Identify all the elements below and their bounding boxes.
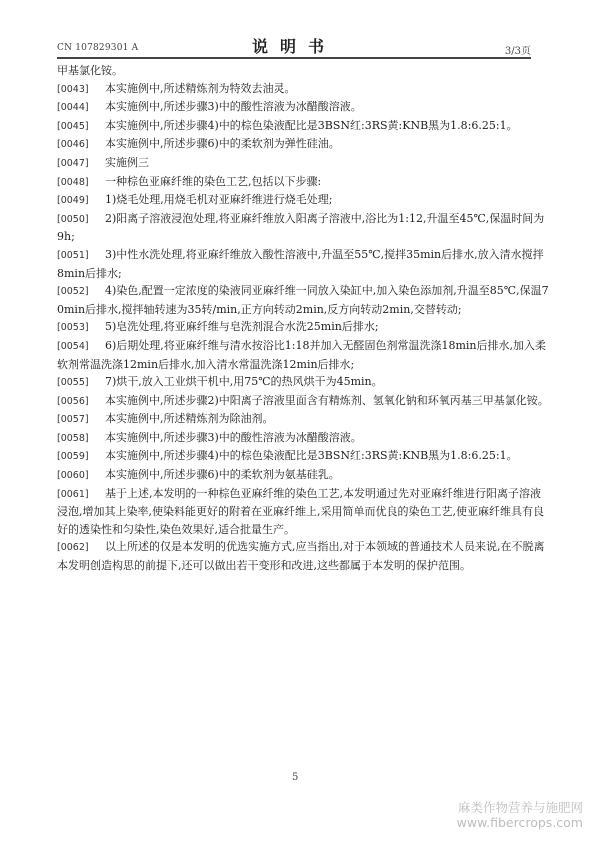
paragraph: [0046]本实施例中,所述步骤6)中的柔软剂为弹性硅油。 [57,135,549,154]
paragraph: [0061]基于上述,本发明的一种棕色亚麻纤维的染色工艺,本发明通过先对亚麻纤维… [57,485,549,539]
paragraph-text: 2)阳离子溶液浸泡处理,将亚麻纤维放入阳离子溶液中,浴比为1:12,升温至45℃… [57,212,544,244]
page-indicator: 3/3页 [505,42,531,57]
paragraph-text: 本实施例中,所述步骤4)中的棕色染液配比是3BSN红:3RS黄:KNB黑为1.8… [105,449,518,462]
header-rule [57,57,531,59]
paragraph-text: 本实施例中,所述步骤2)中阳离子溶液里面含有精炼剂、氢氧化钠和环氧丙基三甲基氯化… [105,394,549,407]
watermark-line1: 麻类作物营养与施肥网 [457,800,583,815]
paragraph-number: [0058] [57,430,105,448]
paragraph: [0058]本实施例中,所述步骤3)中的酸性溶液为冰醋酸溶液。 [57,429,549,448]
paragraph: [0059]本实施例中,所述步骤4)中的棕色染液配比是3BSN红:3RS黄:KN… [57,447,549,466]
paragraph-number: [0057] [57,411,105,429]
paragraph-text: 3)中性水洗处理,将亚麻纤维放入酸性溶液中,升温至55℃,搅拌35min后排水,… [57,248,544,280]
page-number: 5 [292,772,298,783]
paragraph-number: [0052] [57,283,105,301]
paragraph-number: [0061] [57,486,105,504]
paragraph-number: [0046] [57,136,105,154]
paragraph: [0062]以上所述的仅是本发明的优选实施方式,应当指出,对于本领域的普通技术人… [57,538,549,574]
paragraph-text: 本实施例中,所述精炼剂为特效去油灵。 [105,82,296,95]
paragraph: [0051]3)中性水洗处理,将亚麻纤维放入酸性溶液中,升温至55℃,搅拌35m… [57,246,549,282]
document-body: 甲基氯化铵。 [0043]本实施例中,所述精炼剂为特效去油灵。[0044]本实施… [57,62,549,575]
paragraph: [0054]6)后期处理,将亚麻纤维与清水按浴比1:18并加入无醛固色剂常温洗涤… [57,337,549,373]
paragraph: [0043]本实施例中,所述精炼剂为特效去油灵。 [57,80,549,99]
paragraph-number: [0050] [57,211,105,229]
page-header: CN 107829301 A 说明书 3/3页 [57,34,531,58]
paragraph-text: 本实施例中,所述步骤4)中的棕色染液配比是3BSN红:3RS黄:KNB黑为1.8… [105,119,518,132]
paragraph: [0056]本实施例中,所述步骤2)中阳离子溶液里面含有精炼剂、氢氧化钠和环氧丙… [57,392,549,411]
paragraph: [0057]本实施例中,所述精炼剂为除油剂。 [57,410,549,429]
paragraph-text: 本实施例中,所述精炼剂为除油剂。 [105,412,274,425]
paragraph: [0044]本实施例中,所述步骤3)中的酸性溶液为冰醋酸溶液。 [57,98,549,117]
paragraph-number: [0062] [57,539,105,557]
paragraph-text: 本实施例中,所述步骤6)中的柔软剂为氨基硅乳。 [105,468,340,481]
paragraph: [0048]一种棕色亚麻纤维的染色工艺,包括以下步骤: [57,173,549,192]
paragraph-text: 6)后期处理,将亚麻纤维与清水按浴比1:18并加入无醛固色剂常温洗涤18min后… [57,339,546,371]
paragraph: [0055]7)烘干,放入工业烘干机中,用75℃的热风烘干为45min。 [57,373,549,392]
paragraph-number: [0053] [57,319,105,337]
document-title: 说明书 [57,34,531,57]
paragraph-text: 7)烘干,放入工业烘干机中,用75℃的热风烘干为45min。 [105,375,383,388]
paragraph: [0045]本实施例中,所述步骤4)中的棕色染液配比是3BSN红:3RS黄:KN… [57,117,549,136]
paragraph-list: [0043]本实施例中,所述精炼剂为特效去油灵。[0044]本实施例中,所述步骤… [57,80,549,575]
paragraph: [0053]5)皂洗处理,将亚麻纤维与皂洗剂混合水洗25min后排水; [57,318,549,337]
paragraph-text: 本实施例中,所述步骤3)中的酸性溶液为冰醋酸溶液。 [105,100,362,113]
paragraph-number: [0049] [57,192,105,210]
paragraph: [0049]1)烧毛处理,用烧毛机对亚麻纤维进行烧毛处理; [57,191,549,210]
paragraph-text: 本实施例中,所述步骤3)中的酸性溶液为冰醋酸溶液。 [105,431,362,444]
paragraph-number: [0048] [57,174,105,192]
paragraph-number: [0060] [57,467,105,485]
watermark: 麻类作物营养与施肥网 www.fibercrops.com [457,800,583,830]
paragraph-number: [0043] [57,81,105,99]
paragraph-text: 5)皂洗处理,将亚麻纤维与皂洗剂混合水洗25min后排水; [105,320,379,333]
paragraph-number: [0055] [57,374,105,392]
paragraph-text: 1)烧毛处理,用烧毛机对亚麻纤维进行烧毛处理; [105,193,333,206]
lead-text: 甲基氯化铵。 [57,62,549,80]
paragraph-number: [0054] [57,338,105,356]
paragraph-number: [0044] [57,99,105,117]
paragraph-text: 本实施例中,所述步骤6)中的柔软剂为弹性硅油。 [105,137,340,150]
paragraph-text: 4)染色,配置一定浓度的染液同亚麻纤维一同放入染缸中,加入染色添加剂,升温至85… [57,284,549,316]
paragraph: [0060]本实施例中,所述步骤6)中的柔软剂为氨基硅乳。 [57,466,549,485]
paragraph-text: 以上所述的仅是本发明的优选实施方式,应当指出,对于本领域的普通技术人员来说,在不… [57,540,545,572]
paragraph-text: 基于上述,本发明的一种棕色亚麻纤维的染色工艺,本发明通过先对亚麻纤维进行阳离子溶… [57,487,544,536]
paragraph-number: [0047] [57,155,105,173]
paragraph: [0050]2)阳离子溶液浸泡处理,将亚麻纤维放入阳离子溶液中,浴比为1:12,… [57,210,549,246]
paragraph-number: [0059] [57,448,105,466]
paragraph: [0047]实施例三 [57,154,549,173]
paragraph-text: 实施例三 [105,156,149,169]
paragraph-number: [0056] [57,393,105,411]
paragraph: [0052]4)染色,配置一定浓度的染液同亚麻纤维一同放入染缸中,加入染色添加剂… [57,282,549,318]
paragraph-text: 一种棕色亚麻纤维的染色工艺,包括以下步骤: [105,175,321,188]
paragraph-number: [0051] [57,247,105,265]
paragraph-number: [0045] [57,118,105,136]
watermark-line2: www.fibercrops.com [457,815,583,830]
